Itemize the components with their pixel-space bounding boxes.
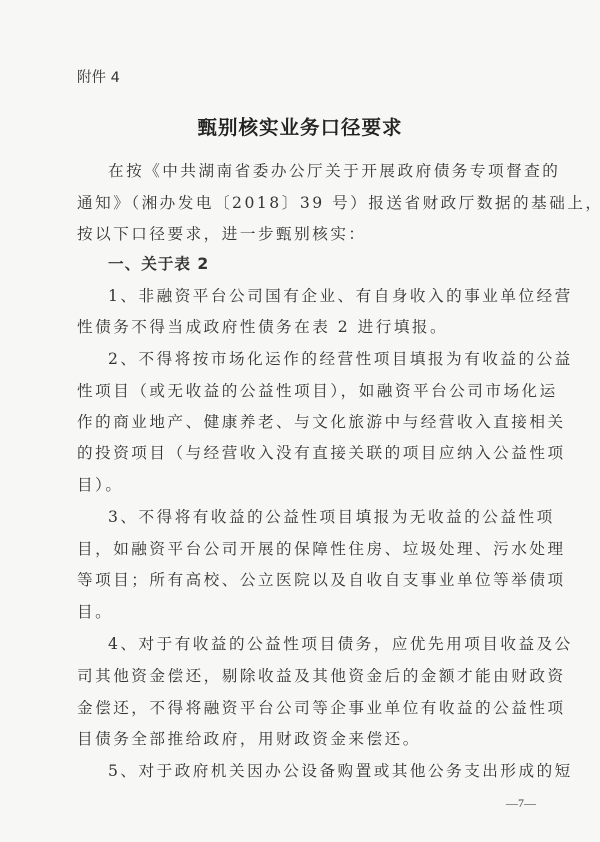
paragraph-line: 目，如融资平台公司开展的保障性住房、垃圾处理、污水处理 — [77, 539, 517, 559]
paragraph-line: 性项目（或无收益的公益性项目），如融资平台公司市场化运 — [77, 381, 517, 401]
section-heading: 一、关于表 2 — [108, 254, 517, 274]
paragraph-line: 2、不得将按市场化运作的经营性项目填报为有收益的公益 — [108, 349, 517, 369]
paragraph-line: 金偿还，不得将融资平台公司等企事业单位有收益的公益性项 — [77, 698, 517, 718]
paragraph-line: 3、不得将有收益的公益性项目填报为无收益的公益性项 — [108, 507, 517, 527]
paragraph-line: 1、非融资平台公司国有企业、有自身收入的事业单位经营 — [108, 286, 517, 306]
paragraph-line: 目）。 — [77, 475, 517, 495]
paragraph-line: 性债务不得当成政府性债务在表 2 进行填报。 — [77, 317, 517, 337]
paragraph-line: 5、对于政府机关因办公设备购置或其他公务支出形成的短 — [108, 761, 517, 781]
paragraph-line: 目债务全部推给政府，用财政资金来偿还。 — [77, 729, 517, 749]
intro-line: 通知》（湘办发电〔2018〕39 号）报送省财政厅数据的基础上， — [77, 193, 517, 213]
paragraph-line: 司其他资金偿还，剔除收益及其他资金后的金额才能由财政资 — [77, 666, 517, 686]
paragraph-line: 的投资项目（与经营收入没有直接关联的项目应纳入公益性项 — [77, 443, 517, 463]
paragraph-line: 等项目；所有高校、公立医院以及自收自支事业单位等举债项 — [77, 570, 517, 590]
intro-line: 在按《中共湖南省委办公厅关于开展政府债务专项督查的 — [108, 161, 517, 181]
paragraph-line: 作的商业地产、健康养老、与文化旅游中与经营收入直接相关 — [77, 412, 517, 432]
intro-line: 按以下口径要求，进一步甄别核实： — [77, 224, 517, 244]
attachment-label: 附件 4 — [77, 66, 120, 87]
page-number: —7— — [506, 796, 536, 811]
paragraph-line: 4、对于有收益的公益性项目债务，应优先用项目收益及公 — [108, 634, 517, 654]
document-page: 附件 4 甄别核实业务口径要求 在按《中共湖南省委办公厅关于开展政府债务专项督查… — [0, 0, 600, 842]
document-title: 甄别核实业务口径要求 — [0, 112, 600, 140]
paragraph-line: 目。 — [77, 602, 517, 622]
